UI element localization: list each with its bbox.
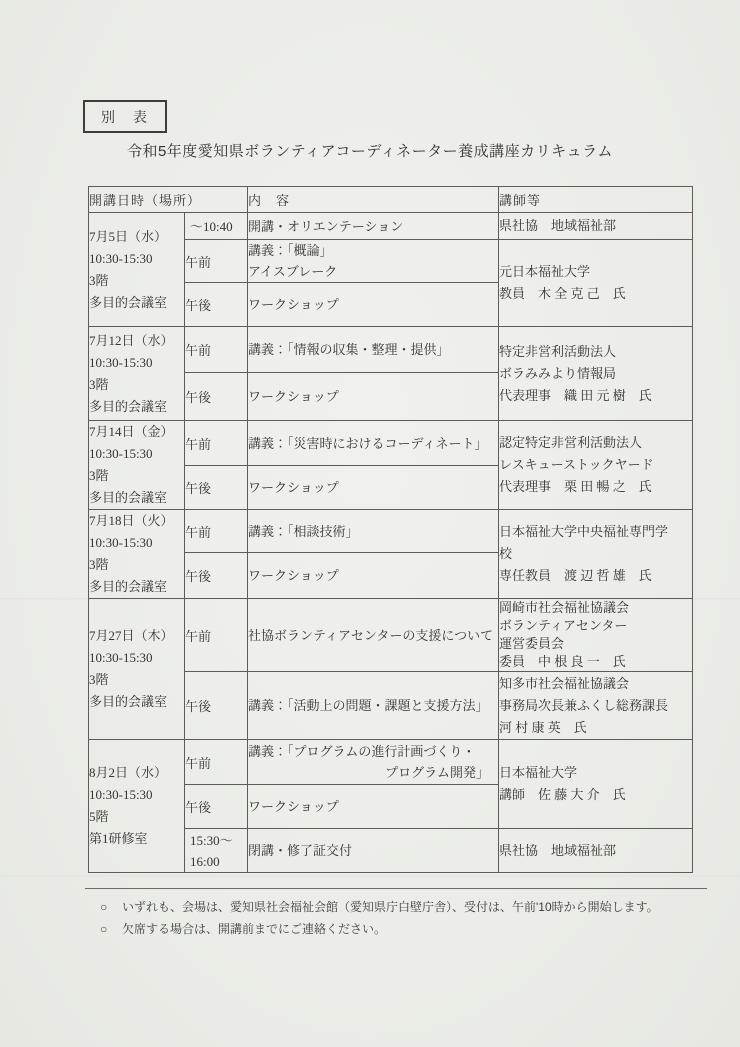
period-cell: 午前 bbox=[185, 740, 248, 785]
period-cell: 午後 bbox=[185, 466, 248, 510]
content-cell: 講義：「相談技術」 bbox=[248, 510, 499, 553]
lecturer-cell: 知多市社会福祉協議会事務局次長兼ふくし総務課長河 村 康 英 氏 bbox=[499, 672, 693, 740]
lecturer-cell: 岡崎市社会福祉協議会ボランティアセンター運営委員会委員 中 根 良 一 氏 bbox=[499, 599, 693, 672]
period-cell: 午後 bbox=[185, 553, 248, 599]
session-place-cell: 7月12日（水）10:30-15:303階多目的会議室 bbox=[89, 327, 185, 421]
lecturer-cell: 特定非営利活動法人ボラみみより情報局代表理事 織 田 元 樹 氏 bbox=[499, 327, 693, 421]
table-header-row: 開講日時（場所） 内 容 講師等 bbox=[89, 187, 693, 213]
session-place-cell: 7月5日（水）10:30-15:303階多目的会議室 bbox=[89, 213, 185, 327]
content-cell: 講義：「活動上の問題・課題と支援方法」 bbox=[248, 672, 499, 740]
table-row: 7月18日（火）10:30-15:303階多目的会議室 午前 講義：「相談技術」… bbox=[89, 510, 693, 553]
period-cell: 午前 bbox=[185, 327, 248, 373]
header-lecturer: 講師等 bbox=[499, 187, 693, 213]
footer-divider bbox=[85, 888, 707, 889]
content-cell: 講義：「災害時におけるコーディネート」 bbox=[248, 421, 499, 466]
period-cell: 15:30～16:00 bbox=[185, 829, 248, 873]
table-row: 7月27日（木）10:30-15:303階多目的会議室 午前 社協ボランティアセ… bbox=[89, 599, 693, 672]
session-place-cell: 7月27日（木）10:30-15:303階多目的会議室 bbox=[89, 599, 185, 740]
period-cell: 午後 bbox=[185, 373, 248, 421]
content-line: 講義：「プログラムの進行計画づくり・ bbox=[248, 741, 498, 762]
table-row: 8月2日（水）10:30-15:305階第1研修室 午前 講義：「プログラムの進… bbox=[89, 740, 693, 785]
table-row: 7月12日（水）10:30-15:303階多目的会議室 午前 講義：「情報の収集… bbox=[89, 327, 693, 373]
footer-note-text: 欠席する場合は、開講前までにご連絡ください。 bbox=[122, 918, 386, 940]
period-cell: 午後 bbox=[185, 785, 248, 829]
lecturer-cell: 日本福祉大学中央福祉専門学校専任教員 渡 辺 哲 雄 氏 bbox=[499, 510, 693, 599]
header-datetime: 開講日時（場所） bbox=[89, 187, 248, 213]
curriculum-table: 開講日時（場所） 内 容 講師等 7月5日（水）10:30-15:303階多目的… bbox=[88, 186, 693, 873]
content-line: プログラム開発」 bbox=[248, 762, 498, 783]
appendix-label-box: 別 表 bbox=[83, 100, 167, 133]
content-cell: ワークショップ bbox=[248, 466, 499, 510]
circle-bullet-icon: ○ bbox=[100, 918, 122, 940]
session-place-cell: 7月14日（金）10:30-15:303階多目的会議室 bbox=[89, 421, 185, 510]
period-cell: 午前 bbox=[185, 599, 248, 672]
period-cell: 午後 bbox=[185, 283, 248, 327]
footer-note-text: いずれも、会場は、愛知県社会福祉会館（愛知県庁白壁庁舎）、受付は、午前'10時か… bbox=[122, 896, 659, 918]
scanned-document-page: 別 表 令和5年度愛知県ボランティアコーディネーター養成講座カリキュラム 開講日… bbox=[0, 0, 740, 1047]
table-row: 7月14日（金）10:30-15:303階多目的会議室 午前 講義：「災害時にお… bbox=[89, 421, 693, 466]
content-cell: 講義：「概論」アイスブレーク bbox=[248, 240, 499, 283]
content-cell: 社協ボランティアセンターの支援について bbox=[248, 599, 499, 672]
footer-note: ○ いずれも、会場は、愛知県社会福祉会館（愛知県庁白壁庁舎）、受付は、午前'10… bbox=[100, 896, 710, 918]
session-place-cell: 7月18日（火）10:30-15:303階多目的会議室 bbox=[89, 510, 185, 599]
lecturer-cell: 認定特定非営利活動法人レスキューストックヤード代表理事 栗 田 暢 之 氏 bbox=[499, 421, 693, 510]
session-place-cell: 8月2日（水）10:30-15:305階第1研修室 bbox=[89, 740, 185, 873]
lecturer-cell: 県社協 地域福祉部 bbox=[499, 213, 693, 240]
content-cell: ワークショップ bbox=[248, 553, 499, 599]
period-cell: ～10:40 bbox=[185, 213, 248, 240]
period-cell: 午後 bbox=[185, 672, 248, 740]
table-row: 7月5日（水）10:30-15:303階多目的会議室 ～10:40 開講・オリエ… bbox=[89, 213, 693, 240]
period-cell: 午前 bbox=[185, 510, 248, 553]
period-cell: 午前 bbox=[185, 240, 248, 283]
content-cell: ワークショップ bbox=[248, 785, 499, 829]
content-cell: ワークショップ bbox=[248, 373, 499, 421]
header-content: 内 容 bbox=[248, 187, 499, 213]
content-cell: 開講・オリエンテーション bbox=[248, 213, 499, 240]
content-cell: ワークショップ bbox=[248, 283, 499, 327]
paper-fold-crease bbox=[0, 875, 740, 878]
appendix-label: 別 表 bbox=[101, 107, 149, 127]
period-cell: 午前 bbox=[185, 421, 248, 466]
circle-bullet-icon: ○ bbox=[100, 896, 122, 918]
content-cell: 講義：「情報の収集・整理・提供」 bbox=[248, 327, 499, 373]
lecturer-cell: 日本福祉大学講師 佐 藤 大 介 氏 bbox=[499, 740, 693, 829]
document-title: 令和5年度愛知県ボランティアコーディネーター養成講座カリキュラム bbox=[0, 140, 740, 161]
footer-note: ○ 欠席する場合は、開講前までにご連絡ください。 bbox=[100, 918, 710, 940]
content-cell: 閉講・修了証交付 bbox=[248, 829, 499, 873]
lecturer-cell: 元日本福祉大学教員 木 全 克 己 氏 bbox=[499, 240, 693, 327]
lecturer-cell: 県社協 地域福祉部 bbox=[499, 829, 693, 873]
content-cell: 講義：「プログラムの進行計画づくり・ プログラム開発」 bbox=[248, 740, 499, 785]
footer-notes: ○ いずれも、会場は、愛知県社会福祉会館（愛知県庁白壁庁舎）、受付は、午前'10… bbox=[100, 896, 710, 940]
